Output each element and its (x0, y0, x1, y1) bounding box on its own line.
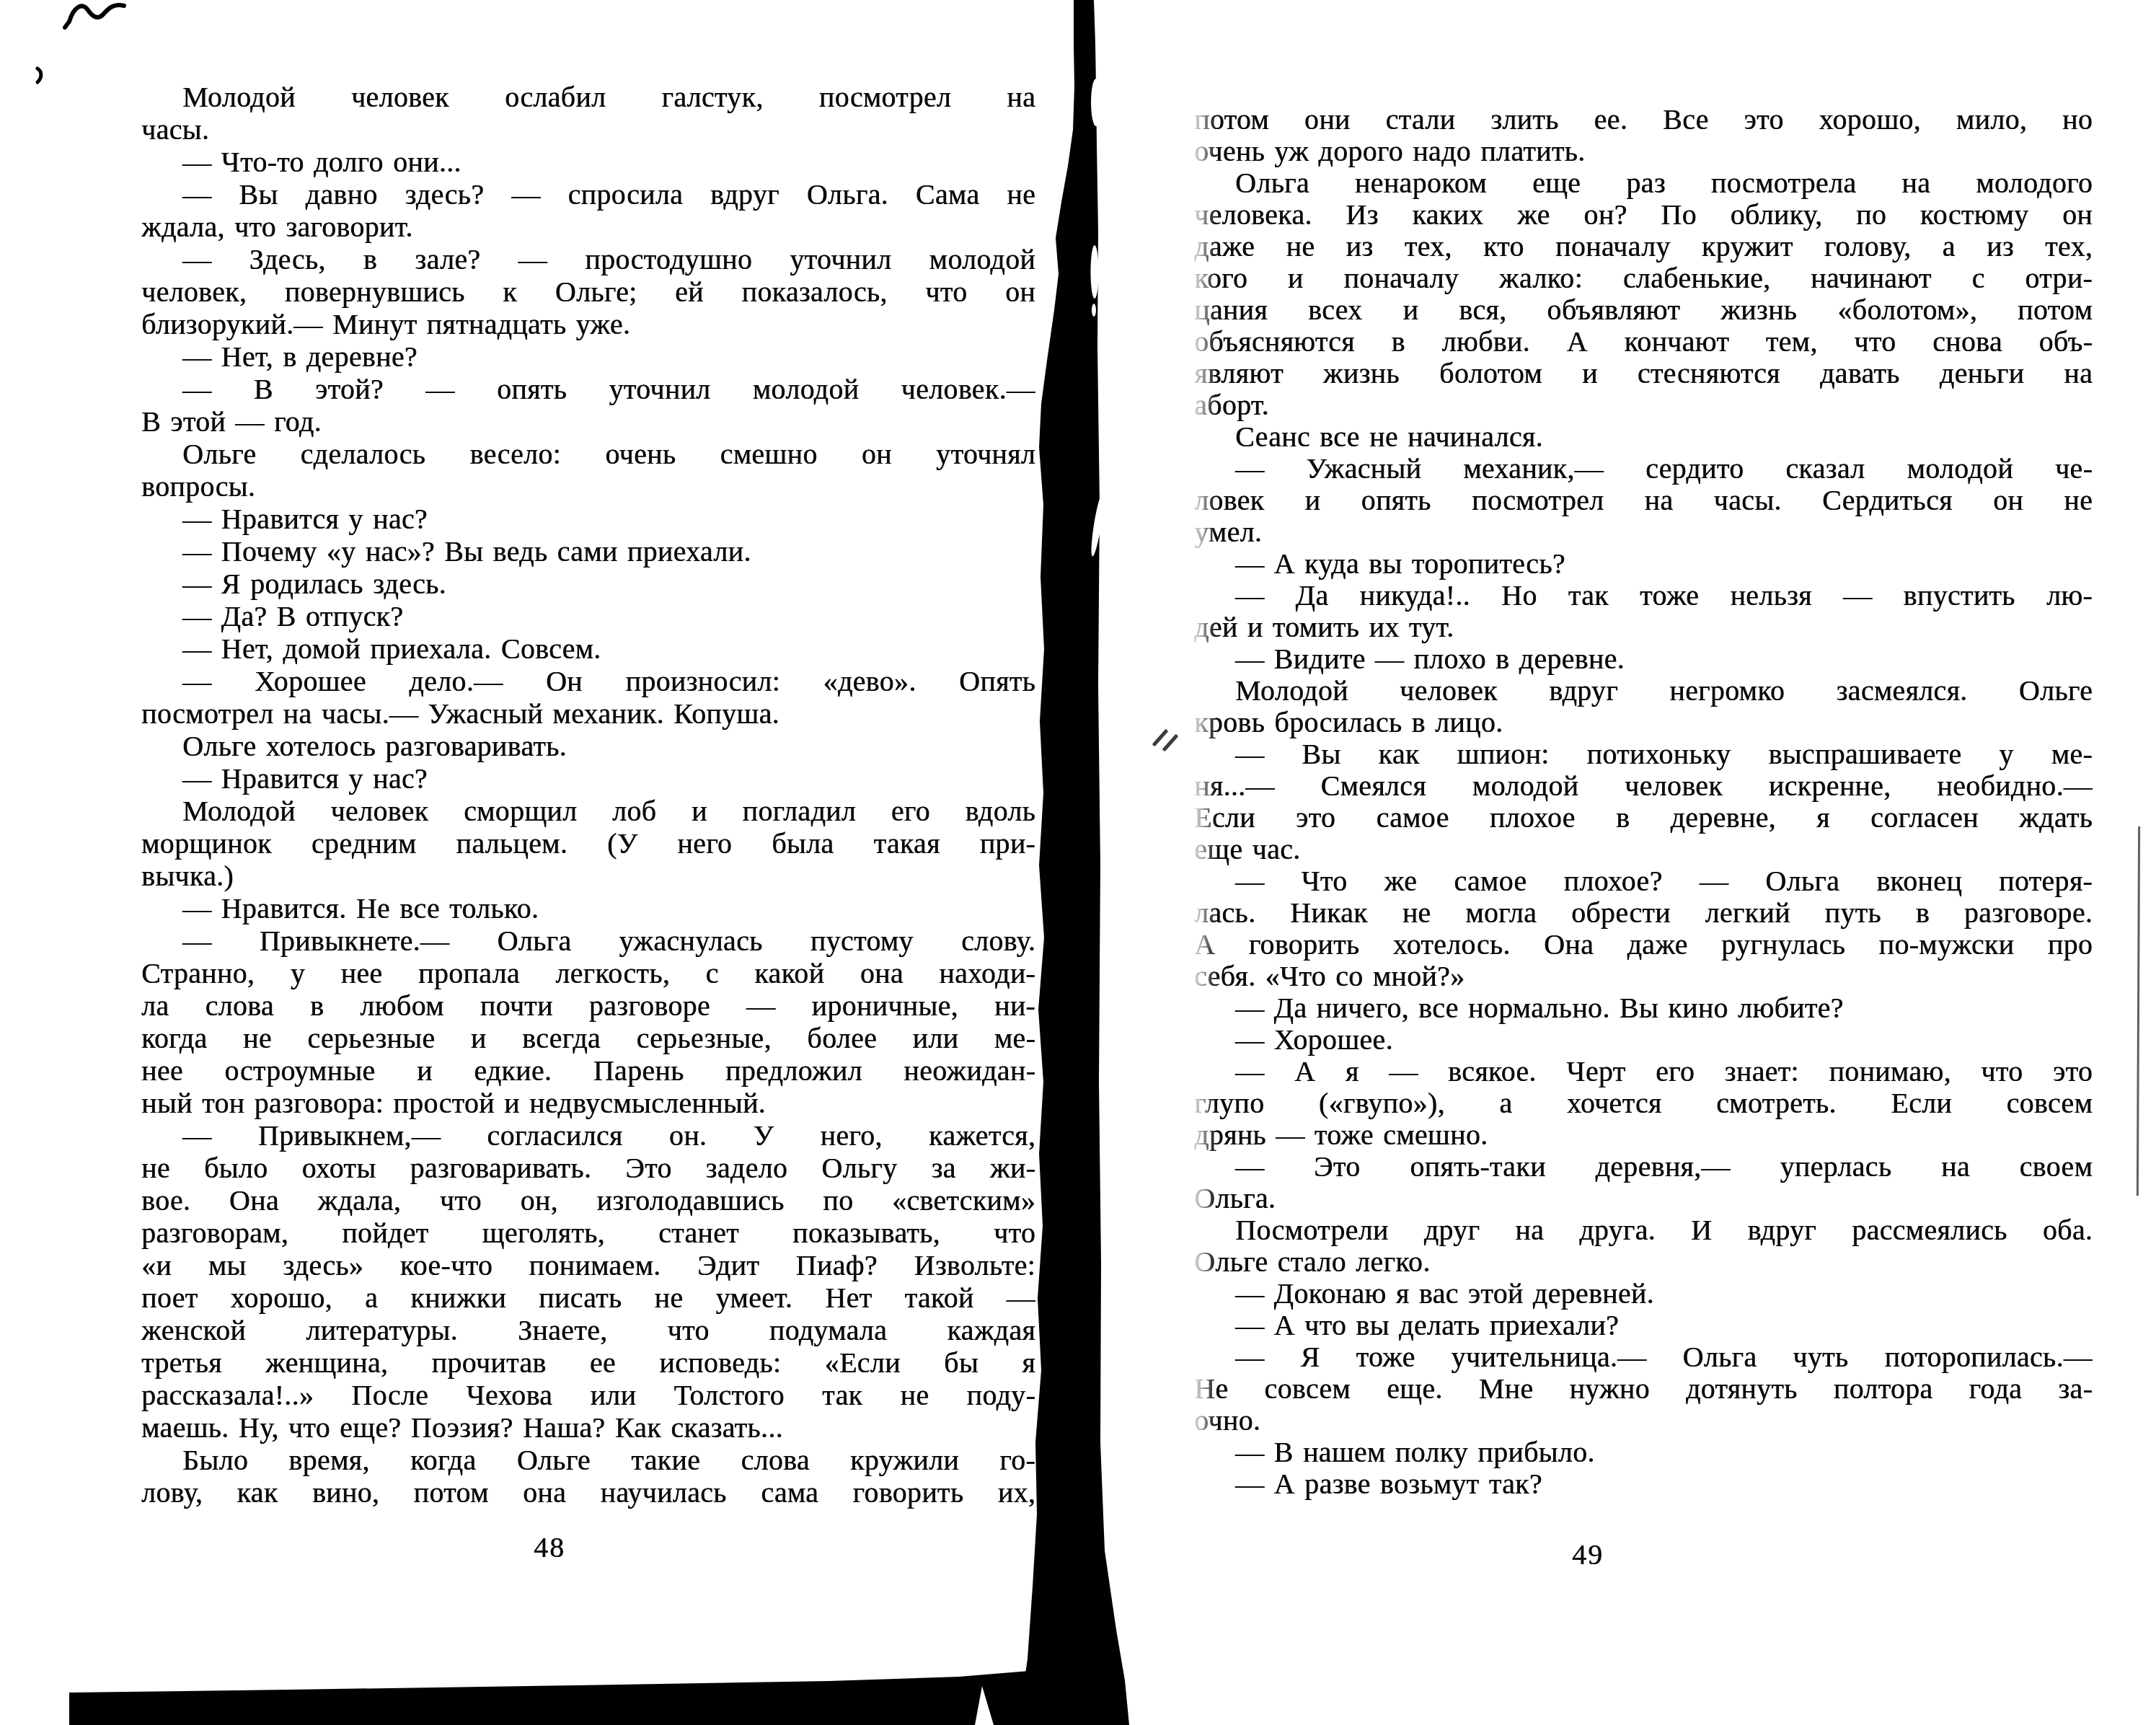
text-line: посмотрел на часы.— Ужасный механик. Коп… (141, 697, 1035, 730)
text-line: — Что же самое плохое? — Ольга вконец по… (1194, 865, 2093, 897)
text-line: Ольге сделалось весело: очень смешно он … (141, 438, 1035, 470)
text-line: маешь. Ну, что еще? Поэзия? Наша? Как ск… (141, 1411, 1035, 1444)
page-right-text-column: потом они стали злить ее. Все это хорошо… (1194, 104, 2093, 1500)
text-line: — Я тоже учительница.— Ольга чуть поторо… (1194, 1341, 2093, 1373)
text-line: — Что-то долго они... (141, 146, 1035, 178)
text-line: — Нравится у нас? (141, 503, 1035, 535)
text-line: — А что вы делать приехали? (1194, 1310, 2093, 1341)
gutter-highlight (1089, 493, 1106, 557)
text-line: ждала, что заговорит. (141, 211, 1035, 243)
page-left-number: 48 (534, 1530, 565, 1564)
gutter-highlight (1091, 245, 1099, 299)
text-line: Если это самое плохое в деревне, я согла… (1194, 802, 2093, 834)
text-line: дей и томить их тут. (1194, 612, 2093, 643)
text-line: А говорить хотелось. Она даже ругнулась … (1194, 929, 2093, 961)
text-line: ня...— Смеялся молодой человек искренне,… (1194, 770, 2093, 802)
text-line: вычка.) (141, 860, 1035, 892)
text-line: — Да? В отпуск? (141, 600, 1035, 632)
text-line: — Видите — плохо в деревне. (1194, 643, 2093, 675)
text-line: ловек и опять посмотрел на часы. Сердить… (1194, 485, 2093, 516)
margin-check-mark (1154, 731, 1176, 749)
text-line: цания всех и вся, объявляют жизнь «болот… (1194, 294, 2093, 326)
text-line: ный тон разговора: простой и недвусмысле… (141, 1087, 1035, 1119)
scan-bottom-bar (69, 1669, 1060, 1725)
gutter-highlight (1092, 304, 1096, 317)
text-line: — Здесь, в зале? — простодушно уточнил м… (141, 243, 1035, 275)
text-line: часы. (141, 113, 1035, 146)
text-line: Посмотрели друг на друга. И вдруг рассме… (1194, 1214, 2093, 1246)
text-line: третья женщина, прочитав ее исповедь: «Е… (141, 1346, 1035, 1379)
text-line: — Нет, в деревне? (141, 340, 1035, 373)
text-line: лову, как вино, потом она научилась сама… (141, 1476, 1035, 1509)
text-line: — Да никуда!.. Но так тоже нельзя — впус… (1194, 580, 2093, 612)
text-line: себя. «Что со мной?» (1194, 961, 2093, 992)
text-line: — Привыкнем,— согласился он. У него, каж… (141, 1119, 1035, 1152)
text-line: еще час. (1194, 834, 2093, 865)
text-line: Ольге стало легко. (1194, 1246, 2093, 1278)
text-line: человек, повернувшись к Ольге; ей показа… (141, 275, 1035, 308)
text-line: очень уж дорого надо платить. (1194, 136, 2093, 167)
gutter-highlight (1091, 79, 1101, 126)
text-line: — Вы давно здесь? — спросила вдруг Ольга… (141, 178, 1035, 211)
text-line: Молодой человек сморщил лоб и погладил е… (141, 795, 1035, 827)
text-line: — Почему «у нас»? Вы ведь сами приехали. (141, 535, 1035, 568)
text-line: очно. (1194, 1405, 2093, 1437)
page-left-text-column: Молодой человек ослабил галстук, посмотр… (141, 81, 1035, 1509)
text-line: — Да ничего, все нормально. Вы кино люби… (1194, 992, 2093, 1024)
ink-comma-mark (37, 69, 41, 82)
text-line: не было охоты разговаривать. Это задело … (141, 1152, 1035, 1184)
text-line: — Привыкнете.— Ольга ужаснулась пустому … (141, 925, 1035, 957)
text-line: лась. Никак не могла обрести легкий путь… (1194, 897, 2093, 929)
text-line: — В нашем полку прибыло. (1194, 1437, 2093, 1468)
text-line: — Это опять-таки деревня,— уперлась на с… (1194, 1151, 2093, 1183)
handwritten-mark (65, 5, 124, 27)
text-line: дрянь — тоже смешно. (1194, 1119, 2093, 1151)
text-line: объясняются в любви. А кончают тем, что … (1194, 326, 2093, 358)
text-line: поет хорошо, а книжки писать не умеет. Н… (141, 1281, 1035, 1314)
text-line: — Я родилась здесь. (141, 568, 1035, 600)
text-line: Молодой человек вдруг негромко засмеялся… (1194, 675, 2093, 707)
text-line: когда не серьезные и всегда серьезные, б… (141, 1022, 1035, 1054)
text-line: умел. (1194, 516, 2093, 548)
text-line: вопросы. (141, 470, 1035, 503)
text-line: — Ужасный механик,— сердито сказал молод… (1194, 453, 2093, 485)
text-line: — Хорошее дело.— Он произносил: «дево». … (141, 665, 1035, 697)
text-line: — Вы как шпион: потихоньку выспрашиваете… (1194, 738, 2093, 770)
text-line: — В этой? — опять уточнил молодой челове… (141, 373, 1035, 405)
text-line: — Нравится у нас? (141, 762, 1035, 795)
text-line: кровь бросилась в лицо. (1194, 707, 2093, 738)
text-line: нее остроумные и едкие. Парень предложил… (141, 1054, 1035, 1087)
page-edge-line (2137, 826, 2140, 1196)
text-line: женской литературы. Знаете, что подумала… (141, 1314, 1035, 1346)
text-line: Ольге хотелось разговаривать. (141, 730, 1035, 762)
text-line: Сеанс все не начинался. (1194, 421, 2093, 453)
text-line: вое. Она ждала, что он, изголодавшись по… (141, 1184, 1035, 1217)
text-line: Ольга. (1194, 1183, 2093, 1214)
text-line: Странно, у нее пропала легкость, с какой… (141, 957, 1035, 989)
text-line: морщинок средним пальцем. (У него была т… (141, 827, 1035, 860)
text-line: ла слова в любом почти разговоре — ирони… (141, 989, 1035, 1022)
text-line: — А я — всякое. Черт его знает: понимаю,… (1194, 1056, 2093, 1087)
text-line: являют жизнь болотом и стесняются давать… (1194, 358, 2093, 389)
scan-bottom-bar-notch (975, 1686, 994, 1725)
text-line: — Хорошее. (1194, 1024, 2093, 1056)
text-line: даже не из тех, кто поначалу кружит голо… (1194, 231, 2093, 262)
text-line: — Нет, домой приехала. Совсем. (141, 632, 1035, 665)
text-line: близорукий.— Минут пятнадцать уже. (141, 308, 1035, 340)
text-line: В этой — год. (141, 405, 1035, 438)
text-line: Молодой человек ослабил галстук, посмотр… (141, 81, 1035, 113)
text-line: Ольга ненароком еще раз посмотрела на мо… (1194, 167, 2093, 199)
text-line: человека. Из каких же он? По облику, по … (1194, 199, 2093, 231)
text-line: — Нравится. Не все только. (141, 892, 1035, 925)
text-line: кого и поначалу жалко: слабенькие, начин… (1194, 262, 2093, 294)
text-line: «и мы здесь» кое-что понимаем. Эдит Пиаф… (141, 1249, 1035, 1281)
text-line: Было время, когда Ольге такие слова круж… (141, 1444, 1035, 1476)
page-right-number: 49 (1572, 1537, 1604, 1571)
text-line: Не совсем еще. Мне нужно дотянуть полтор… (1194, 1373, 2093, 1405)
text-line: аборт. (1194, 389, 2093, 421)
text-line: потом они стали злить ее. Все это хорошо… (1194, 104, 2093, 136)
scan-bottom-dash (1044, 1672, 1114, 1688)
text-line: — Доконаю я вас этой деревней. (1194, 1278, 2093, 1310)
text-line: — А куда вы торопитесь? (1194, 548, 2093, 580)
text-line: глупо («гвупо»), а хочется смотреть. Есл… (1194, 1087, 2093, 1119)
text-line: — А разве возьмут так? (1194, 1468, 2093, 1500)
text-line: разговорам, пойдет щеголять, станет пока… (141, 1217, 1035, 1249)
text-line: рассказала!..» После Чехова или Толстого… (141, 1379, 1035, 1411)
